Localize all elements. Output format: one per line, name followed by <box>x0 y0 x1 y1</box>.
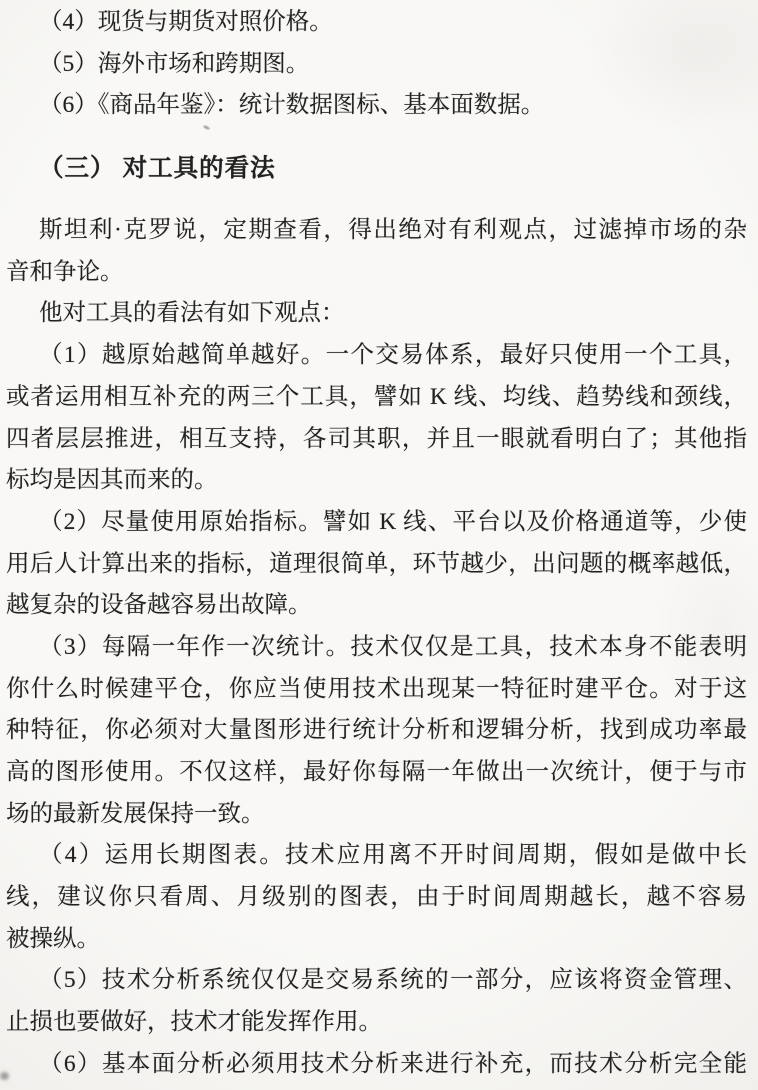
list-item-line: （4）现货与期货对照价格。 <box>6 2 747 44</box>
text-line: 他对工具的看法有如下观点： <box>6 293 747 335</box>
text-line: （6）基本面分析必须用技术分析来进行补充，而技术分析完全能 <box>6 1044 747 1086</box>
section-heading: （三） 对工具的看法 <box>6 148 747 190</box>
list-item-line: （5）海外市场和跨期图。 <box>6 44 747 86</box>
text-line: （5）技术分析系统仅仅是交易系统的一部分，应该将资金管理、 <box>6 960 747 1002</box>
text-line: 标均是因其而来的。 <box>6 460 747 502</box>
text-line: 四者层层推进，相互支持，各司其职，并且一眼就看明白了；其他指 <box>6 419 747 461</box>
text-line: 线，建议你只看周、月级别的图表，由于时间周期越长，越不容易 <box>6 877 747 919</box>
text-line: 场的最新发展保持一致。 <box>6 794 747 836</box>
text-line: 被操纵。 <box>6 919 747 961</box>
text-line: 用后人计算出来的指标，道理很简单，环节越少，出问题的概率越低， <box>6 544 747 586</box>
text-line: 越复杂的设备越容易出故障。 <box>6 585 747 627</box>
page-text: （4）现货与期货对照价格。 （5）海外市场和跨期图。 （6）《商品年鉴》：统计数… <box>6 2 747 1086</box>
text-line: （4）运用长期图表。技术应用离不开时间周期，假如是做中长 <box>6 835 747 877</box>
text-line: 音和争论。 <box>6 252 747 294</box>
list-item-line: （6）《商品年鉴》：统计数据图标、基本面数据。 <box>6 85 747 127</box>
text-line: （2）尽量使用原始指标。譬如 K 线、平台以及价格通道等，少使 <box>6 502 747 544</box>
text-line: 高的图形使用。不仅这样，最好你每隔一年做出一次统计，便于与市 <box>6 752 747 794</box>
book-page: （4）现货与期货对照价格。 （5）海外市场和跨期图。 （6）《商品年鉴》：统计数… <box>0 0 758 1090</box>
text-line: 止损也要做好，技术才能发挥作用。 <box>6 1002 747 1044</box>
text-line: （1）越原始越简单越好。一个交易体系，最好只使用一个工具， <box>6 335 747 377</box>
text-line: 你什么时候建平仓，你应当使用技术出现某一特征时建平仓。对于这 <box>6 669 747 711</box>
text-line: （3）每隔一年作一次统计。技术仅仅是工具，技术本身不能表明 <box>6 627 747 669</box>
text-line: 或者运用相互补充的两三个工具，譬如 K 线、均线、趋势线和颈线， <box>6 377 747 419</box>
text-line: 斯坦利·克罗说，定期查看，得出绝对有利观点，过滤掉市场的杂 <box>6 210 747 252</box>
text-line: 种特征，你必须对大量图形进行统计分析和逻辑分析，找到成功率最 <box>6 710 747 752</box>
